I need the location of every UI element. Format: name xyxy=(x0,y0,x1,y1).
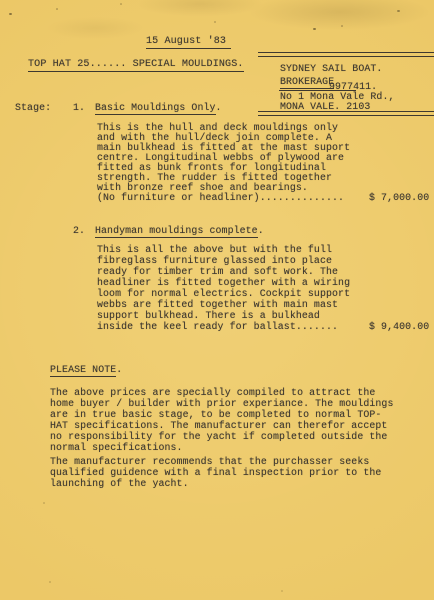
item-1-number: 1. xyxy=(73,103,85,114)
contact-box-top-rule xyxy=(258,52,434,57)
note-heading: PLEASE NOTE. xyxy=(50,365,122,376)
paper-speck xyxy=(120,3,122,5)
item-2-heading-text: Handyman mouldings complete xyxy=(95,225,258,238)
paper-speck xyxy=(9,13,12,15)
item-1-heading: Basic Mouldings Only. xyxy=(95,103,222,114)
item-1-heading-period: . xyxy=(216,102,222,113)
paper-speck xyxy=(313,28,316,30)
note-paragraph-2: The manufacturer recommends that the pur… xyxy=(50,456,395,489)
paper-speck xyxy=(397,10,400,12)
paper-speck xyxy=(56,8,58,10)
contact-box-bottom-rule xyxy=(258,111,434,116)
title-text: TOP HAT 25...... SPECIAL MOULDINGS. xyxy=(28,59,244,72)
paper-speck xyxy=(281,590,283,592)
document-page: 15 August '83 TOP HAT 25...... SPECIAL M… xyxy=(0,0,434,600)
item-2-heading-period: . xyxy=(258,225,264,236)
paper-speck xyxy=(49,581,51,583)
contact-brokerage-label: BROKERAGE xyxy=(280,77,334,88)
paper-speck xyxy=(214,21,216,23)
note-heading-period: . xyxy=(116,364,122,375)
paper-speck xyxy=(341,25,343,27)
document-date: 15 August '83 xyxy=(146,37,231,48)
contact-name: SYDNEY SAIL BOAT. xyxy=(280,64,382,75)
note-heading-text: PLEASE NOTE xyxy=(50,364,116,377)
stage-label: Stage: xyxy=(15,103,51,114)
item-1-price: $ 7,000.00 xyxy=(369,193,429,204)
item-2-heading: Handyman mouldings complete. xyxy=(95,226,264,237)
paper-speck xyxy=(43,502,45,504)
item-1-heading-text: Basic Mouldings Only xyxy=(95,102,216,115)
date-text: 15 August '83 xyxy=(146,36,231,49)
document-title: TOP HAT 25...... SPECIAL MOULDINGS. xyxy=(28,60,244,71)
note-paragraph-1: The above prices are specially compiled … xyxy=(50,387,395,454)
item-2-number: 2. xyxy=(73,226,85,237)
item-2-price: $ 9,400.00 xyxy=(369,322,429,333)
item-1-body: This is the hull and deck mouldings only… xyxy=(97,123,367,203)
item-2-body: This is all the above but with the full … xyxy=(97,244,367,332)
brokerage-text: BROKERAGE xyxy=(280,76,334,89)
